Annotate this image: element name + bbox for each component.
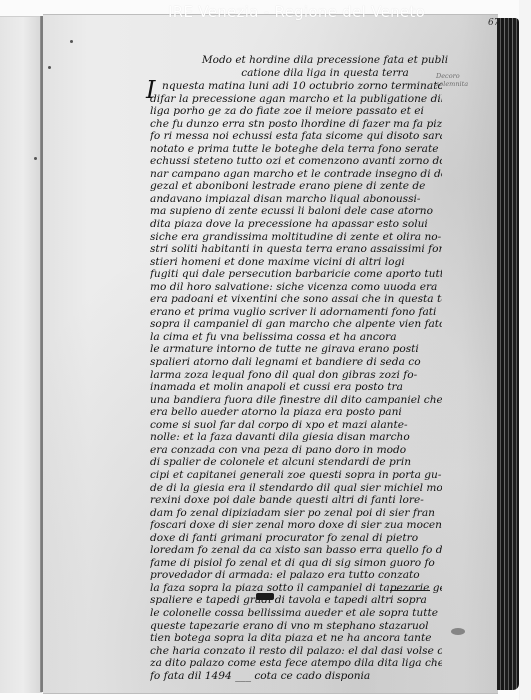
manuscript-line: erano et prima vuglio scriver li adornam… — [150, 306, 442, 319]
watermark: IRE Venezia - Regione del Veneto — [168, 3, 425, 21]
manuscript-line: de di la giesia era il stendardo dil qua… — [150, 482, 442, 495]
manuscript-line: di spalier de colonele et alcuni stendar… — [150, 456, 442, 469]
manuscript-line: inamada et molin anapoli et cussi era po… — [150, 381, 442, 394]
manuscript-line: la cima et fu vna belissima cossa et ha … — [150, 331, 442, 344]
manuscript-line: notato e prima tutte le boteghe dela ter… — [150, 143, 442, 156]
manuscript-line: ma supieno di zente ecussi li baloni del… — [150, 205, 442, 218]
manuscript-line: era padoani et vixentini che sono assai … — [150, 293, 442, 306]
manuscript-line: nquesta matina luni adi 10 octubrio zorn… — [150, 80, 442, 93]
book-fore-edge — [497, 18, 519, 690]
heading-line: catione dila liga in questa terra — [190, 67, 460, 80]
manuscript-line: la faza sopra la piaza sotto il campanie… — [150, 582, 442, 595]
manuscript-line: era bello aueder atorno la piaza era pos… — [150, 406, 442, 419]
manuscript-line: difar la precessione agan marcho et la p… — [150, 93, 442, 106]
manuscript-line: spaliere e tapedi gradi di tavola e tape… — [150, 594, 442, 607]
manuscript-line: larma zoza lequal fono dil qual don gibr… — [150, 369, 442, 382]
manuscript-line: gezal et aboniboni lestrade erano piene … — [150, 180, 442, 193]
manuscript-line: una bandiera fuora dile finestre dil dit… — [150, 394, 442, 407]
closing-flourish — [390, 590, 430, 591]
manuscript-line: fo fata dil 1494 ___ cota ce cado dispon… — [150, 670, 442, 683]
scan-margin — [519, 0, 531, 700]
manuscript-line: fo ri messa noi echussi esta fata sicome… — [150, 130, 442, 143]
manuscript-line: provedador di armada: el palazo era tutt… — [150, 569, 442, 582]
marginal-note: Decoro solemnita — [436, 72, 478, 88]
manuscript-line: le armature intorno de tutte ne girava e… — [150, 343, 442, 356]
manuscript-line: le colonelle cossa bellissima aueder et … — [150, 607, 442, 620]
manuscript-line: echussi steteno tutto ozi et comenzono a… — [150, 155, 442, 168]
paper-speck — [48, 66, 51, 69]
manuscript-line: foscari doxe di sier zenal moro doxe di … — [150, 519, 442, 532]
manuscript-line: andavano impiazal disan marcho liqual ab… — [150, 193, 442, 206]
manuscript-line: come si suol far dal corpo di xpo et maz… — [150, 419, 442, 432]
heading-line: Modo et hordine dila precessione fata et… — [190, 54, 460, 67]
manuscript-heading: Modo et hordine dila precessione fata et… — [190, 54, 460, 80]
manuscript-line: cipi et capitanei generali zoe questi so… — [150, 469, 442, 482]
manuscript-line: za dito palazo come esta fece atempo dil… — [150, 657, 442, 670]
manuscript-scan: IRE Venezia - Regione del Veneto 67 Modo… — [0, 0, 531, 700]
folio-number: 67 — [488, 18, 499, 28]
manuscript-line: tien botega sopra la dita piaza et ne ha… — [150, 632, 442, 645]
manuscript-line: che fu dunzo erra stn posto lhordine di … — [150, 118, 442, 131]
manuscript-line: siche era grandissima moltitudine di zen… — [150, 231, 442, 244]
manuscript-line: che haria conzato il resto dil palazo: e… — [150, 645, 442, 658]
left-facing-page — [0, 16, 42, 693]
paper-speck — [70, 40, 73, 43]
ink-blot — [256, 593, 274, 600]
manuscript-line: nolle: et la faza davanti dila giesia di… — [150, 431, 442, 444]
manuscript-line: doxe di fanti grimani procurator fo zena… — [150, 532, 442, 545]
ink-stain — [451, 628, 465, 635]
manuscript-line: sopra il campaniel di gan marcho che alp… — [150, 318, 442, 331]
paper-speck — [34, 157, 37, 160]
manuscript-line: dita piaza dove la precessione ha apassa… — [150, 218, 442, 231]
manuscript-line: spalieri atorno dali legnami et bandiere… — [150, 356, 442, 369]
manuscript-line: dam fo zenal dipiziadam sier po zenal po… — [150, 507, 442, 520]
manuscript-line: stieri homeni et done maxime vicini di a… — [150, 256, 442, 269]
manuscript-line: mo dil horo salvatione: siche vicenza co… — [150, 281, 442, 294]
manuscript-line: fugiti qui dale persecution barbaricie c… — [150, 268, 442, 281]
manuscript-line: liga porho ge za do fiate zoe il meiore … — [150, 105, 442, 118]
manuscript-line: nar campano agan marcho et le contrade i… — [150, 168, 442, 181]
manuscript-body: nquesta matina luni adi 10 octubrio zorn… — [150, 80, 442, 682]
manuscript-line: queste tapezarie erano di vno m stephano… — [150, 620, 442, 633]
manuscript-line: loredam fo zenal da ca xisto san basso e… — [150, 544, 442, 557]
manuscript-line: rexini doxe poi dale bande questi altri … — [150, 494, 442, 507]
manuscript-line: fame di pisiol fo zenal et di qua di sig… — [150, 557, 442, 570]
manuscript-line: era conzada con vna peza di pano doro in… — [150, 444, 442, 457]
manuscript-line: stri soliti habitanti in questa terra er… — [150, 243, 442, 256]
